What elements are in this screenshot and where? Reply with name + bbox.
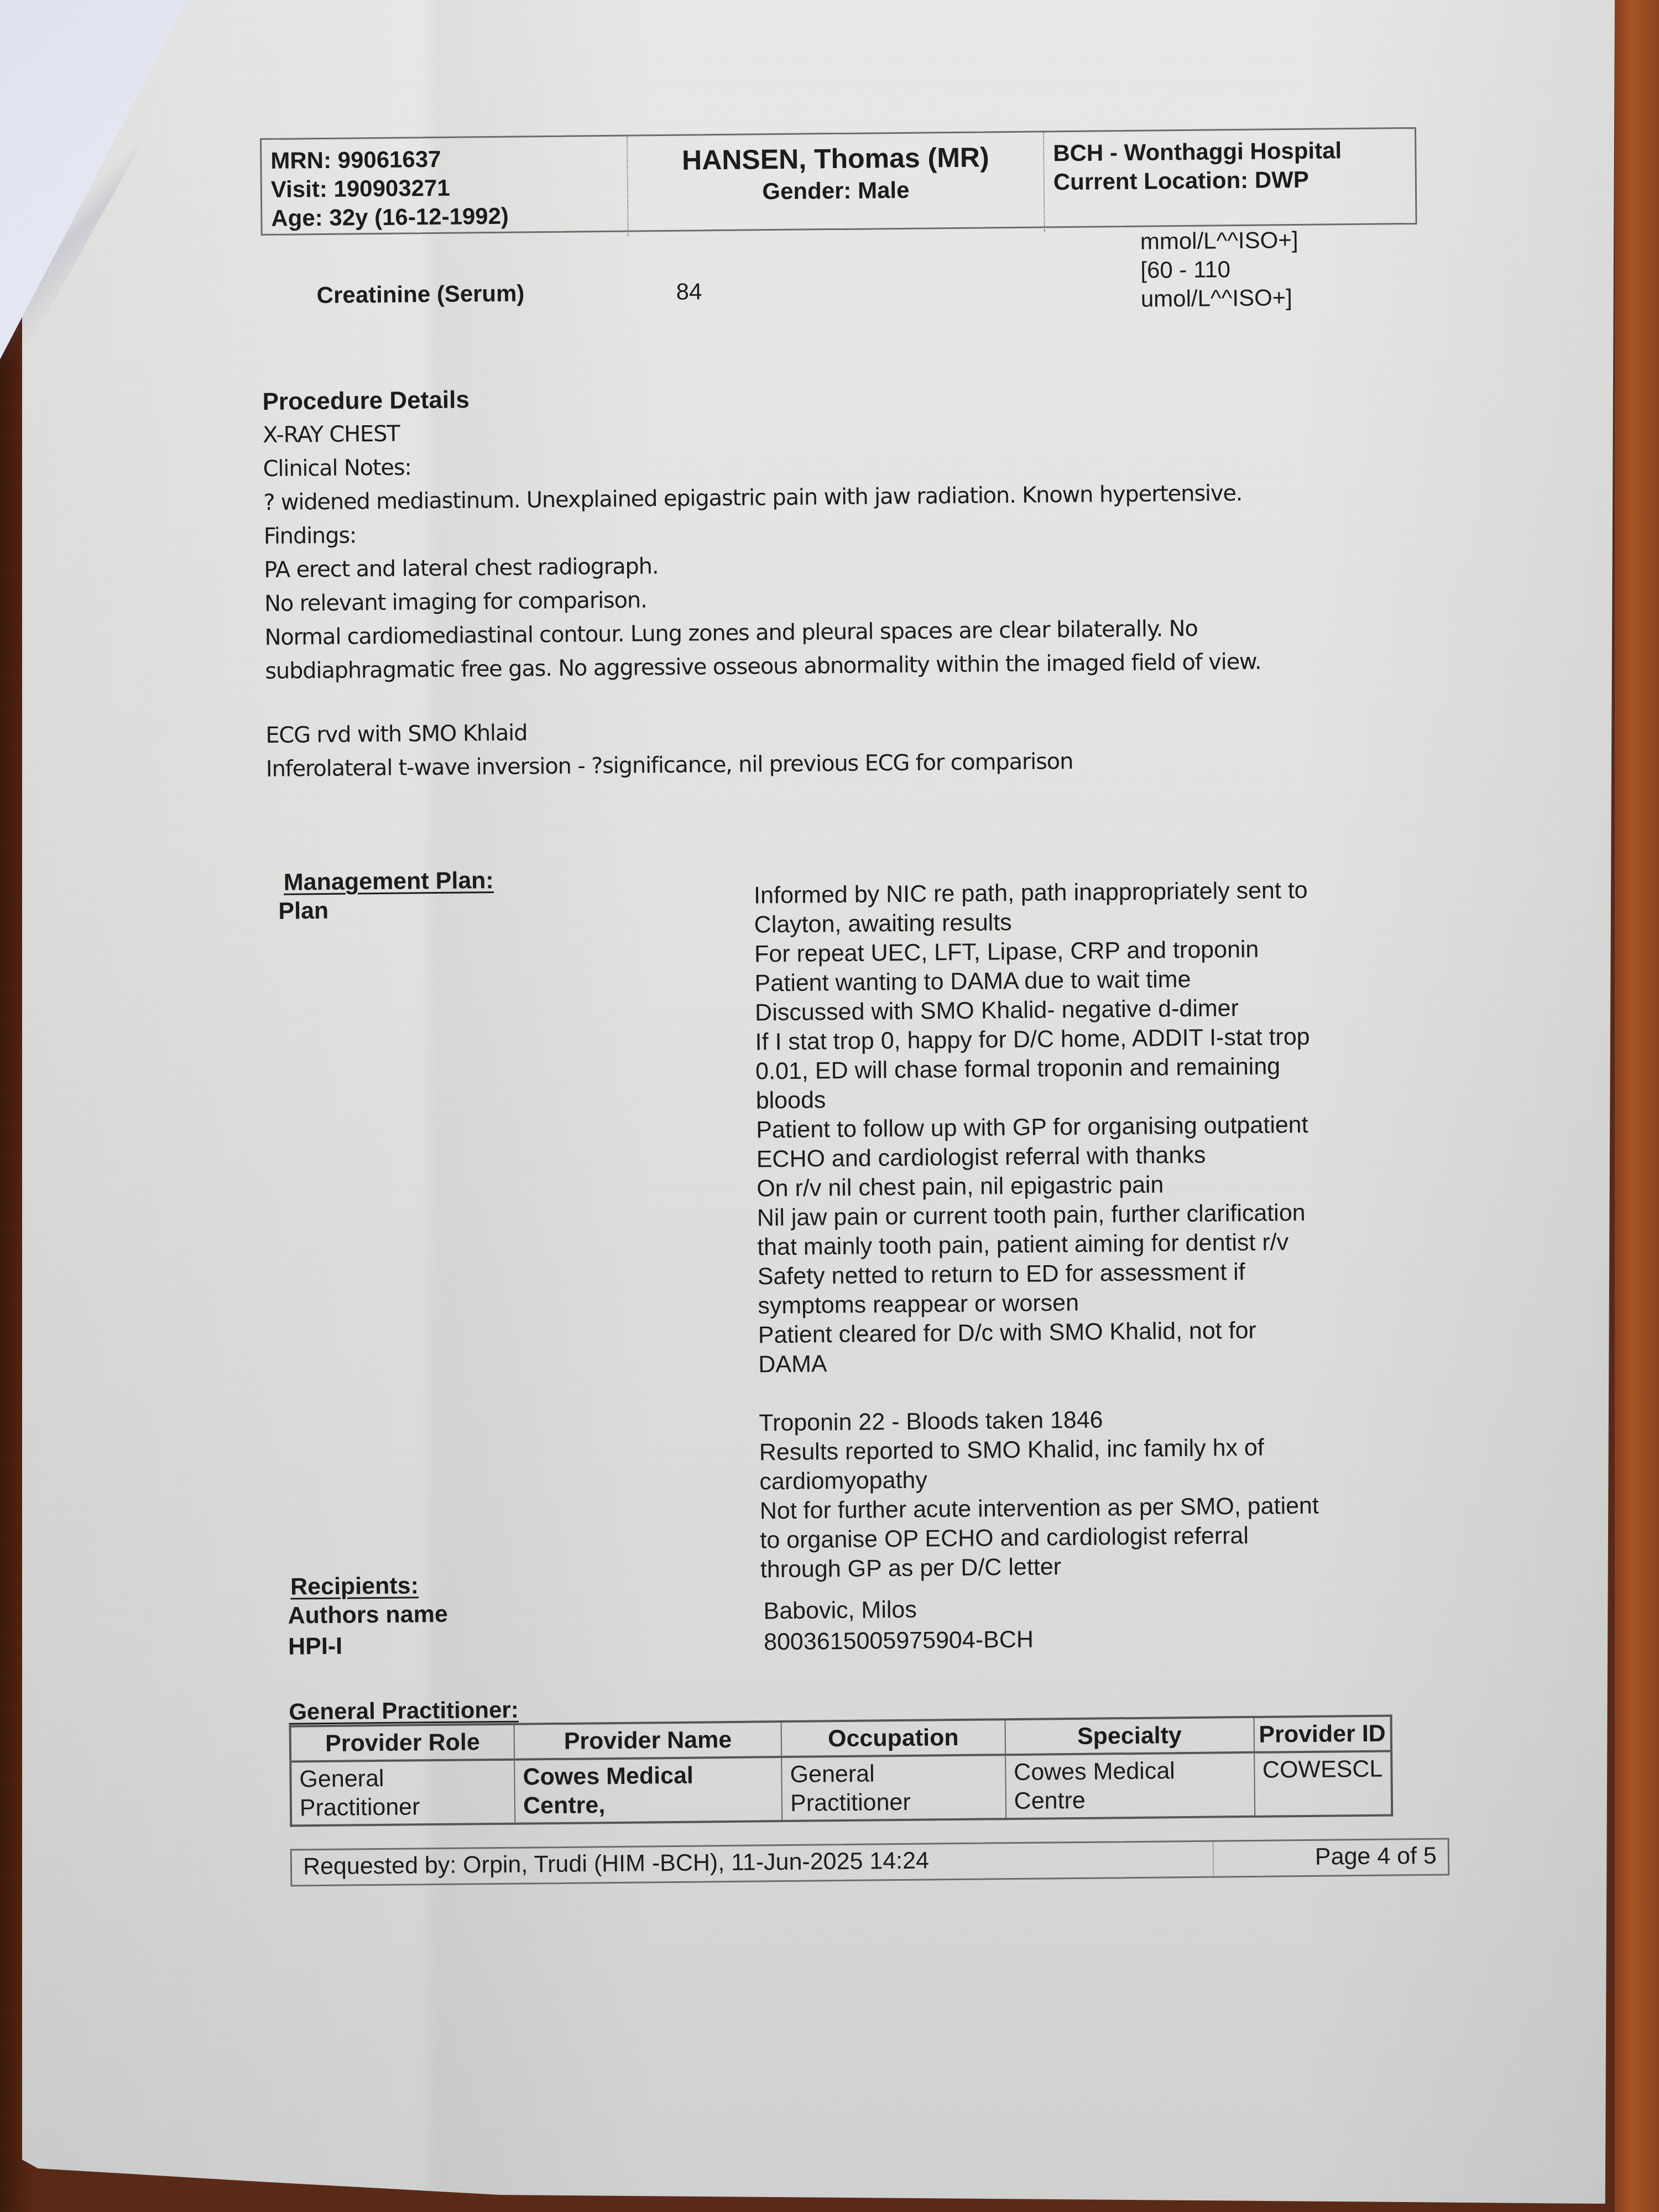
facility-info: BCH - Wonthaggi Hospital Current Locatio… [1044,129,1416,232]
management-heading: Management Plan: [284,867,494,896]
gp-column-header: Provider Name [514,1721,782,1760]
gp-cell: Cowes Medical Centre [1005,1752,1255,1819]
patient-name: HANSEN, Thomas (MR) [637,139,1035,179]
gp-table: Provider RoleProvider NameOccupationSpec… [289,1714,1394,1827]
patient-gender: Gender: Male [637,175,1035,207]
authors-value: Babovic, Milos [763,1593,1033,1627]
patient-ids: MRN: 99061637 Visit: 190903271 Age: 32y … [262,137,628,239]
lab-test-name: Creatinine (Serum) [317,280,525,309]
table-row: General PractitionerCowes Medical Centre… [290,1751,1392,1825]
gp-cell: Cowes Medical Centre, [514,1757,782,1824]
current-location: Current Location: DWP [1053,164,1406,196]
gp-cell: General Practitioner [781,1755,1006,1821]
requested-by: Requested by: Orpin, Trudi (HIM -BCH), 1… [292,1842,1213,1885]
page-number: Page 4 of 5 [1213,1840,1448,1876]
gp-cell: General Practitioner [290,1760,515,1826]
recipient-values: Babovic, Milos 8003615005975904-BCH [763,1593,1034,1658]
procedure-details: Procedure Details X-RAY CHESTClinical No… [262,373,1455,786]
ref-line: mmol/L^^ISO+] [1140,226,1298,256]
lab-test-value: 84 [676,278,702,305]
patient-age: Age: 32y (16-12-1992) [271,201,618,233]
lab-reference-range: mmol/L^^ISO+] [60 - 110 umol/L^^ISO+] [1140,226,1299,314]
patient-header: MRN: 99061637 Visit: 190903271 Age: 32y … [260,127,1417,236]
visit-number: Visit: 190903271 [271,172,618,204]
recipients-heading: Recipients: [290,1570,419,1602]
gp-column-header: Provider ID [1254,1715,1391,1752]
plan-line: Patient to follow up with GP for organis… [756,1109,1392,1145]
table-surface-right [1615,0,1659,2212]
document-content: MRN: 99061637 Visit: 190903271 Age: 32y … [260,127,1465,1886]
gp-cell: COWESCL [1254,1751,1392,1816]
authors-label: Authors name [288,1599,448,1631]
recipients: Recipients: Authors name HPI-I Babovic, … [274,1560,1464,1693]
ref-line: [60 - 110 [1140,254,1298,285]
facility-name: BCH - Wonthaggi Hospital [1053,135,1406,168]
gp-column-header: Provider Role [290,1724,515,1762]
ecg-notes: ECG rvd with SMO KhlaidInferolateral t-w… [265,707,1455,786]
recipient-labels: Authors name HPI-I [288,1599,448,1662]
ref-line: umol/L^^ISO+] [1141,283,1299,314]
management-plan: Management Plan: Plan Informed by NIC re… [267,858,1463,1572]
mrn: MRN: 99061637 [270,143,618,175]
plan-text: Informed by NIC re path, path inappropri… [754,875,1396,1584]
patient-identity: HANSEN, Thomas (MR) Gender: Male [627,132,1045,236]
plan-line: If I stat trop 0, happy for D/C home, AD… [755,1021,1391,1057]
gp-table-body: General PractitionerCowes Medical Centre… [290,1751,1392,1825]
plan-line: Not for further acute intervention as pe… [760,1490,1396,1526]
procedure-lines: X-RAY CHESTClinical Notes:? widened medi… [263,407,1454,688]
gp-column-header: Occupation [781,1719,1005,1757]
hpii-label: HPI-I [288,1630,448,1662]
plan-label: Plan [278,898,328,925]
plan-line: Informed by NIC re path, path inappropri… [754,875,1390,910]
gp-column-header: Specialty [1005,1717,1254,1755]
hpii-value: 8003615005975904-BCH [764,1624,1034,1658]
lab-result-row: Creatinine (Serum) 84 mmol/L^^ISO+] [60 … [261,224,1451,374]
plan-line: Nil jaw pain or current tooth pain, furt… [757,1197,1393,1233]
